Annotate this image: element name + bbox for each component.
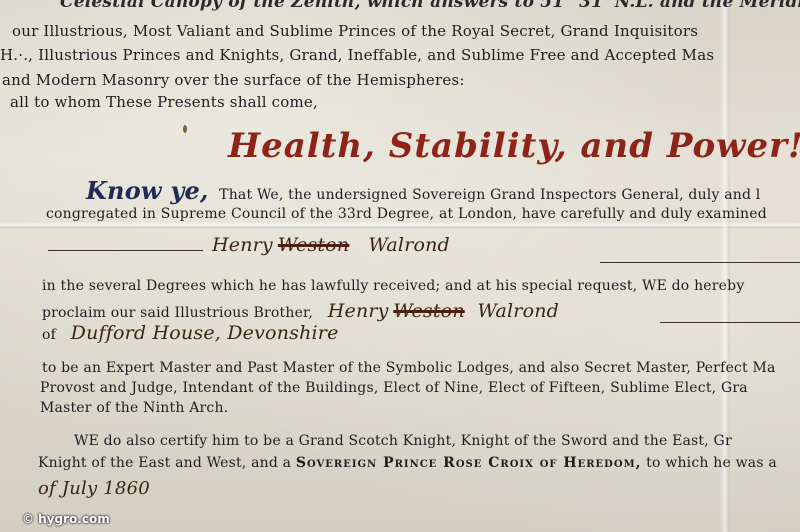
paragraph2-line2: Knight of the East and West, and a Sover… (38, 455, 777, 471)
know-ye-rest: That We, the undersigned Sovereign Grand… (219, 187, 760, 203)
name-last: Walrond (368, 234, 450, 256)
of-label: of (42, 327, 56, 343)
rose-croix-title: Sovereign Prince Rose Croix of Heredom, (296, 455, 642, 471)
name-struck: Weston (278, 234, 350, 256)
fold-crease-vertical (720, 0, 730, 532)
paragraph1-line1: to be an Expert Master and Past Master o… (42, 360, 776, 376)
certificate-document: Celestial Canopy of the Zenith, which an… (0, 0, 800, 532)
know-ye-gothic: Know ye, (86, 176, 209, 205)
proclaim-line: proclaim our said Illustrious Brother, H… (42, 300, 559, 322)
heading-health-stability-power: Health, Stability, and Power! (228, 126, 800, 166)
fold-crease-horizontal (0, 222, 800, 228)
proclaim-name-last: Walrond (477, 300, 559, 322)
paragraph1-line3: Master of the Ninth Arch. (40, 400, 228, 416)
text-line-1: our Illustrious, Most Valiant and Sublim… (12, 22, 698, 40)
text-line-3: and Modern Masonry over the surface of t… (2, 71, 465, 89)
text-line-2: H.·., Illustrious Princes and Knights, G… (0, 46, 714, 64)
paragraph2-line2-end: to which he was a (646, 455, 777, 471)
know-ye-line: Know ye, That We, the undersigned Sovere… (86, 176, 760, 205)
name-rule-right (600, 262, 800, 263)
proclaim-text: proclaim our said Illustrious Brother, (42, 305, 313, 321)
name-rule-left (48, 250, 203, 251)
top-line: Celestial Canopy of the Zenith, which an… (60, 0, 800, 12)
stain-mark (183, 125, 187, 133)
name-line: Henry Weston Walrond (212, 234, 450, 256)
watermark: © hygro.com (22, 512, 110, 526)
degrees-line: in the several Degrees which he has lawf… (42, 278, 744, 294)
date-handwritten: of July 1860 (38, 478, 150, 499)
paragraph2-line2-start: Knight of the East and West, and a (38, 455, 291, 471)
proclaim-name-first: Henry (328, 300, 389, 322)
paragraph2-line1: WE do also certify him to be a Grand Sco… (74, 433, 732, 449)
of-place: Dufford House, Devonshire (71, 322, 339, 344)
proclaim-rule (660, 322, 800, 323)
text-line-4: all to whom These Presents shall come, (10, 93, 318, 111)
congregated-line: congregated in Supreme Council of the 33… (46, 206, 767, 222)
paragraph1-line2: Provost and Judge, Intendant of the Buil… (40, 380, 748, 396)
proclaim-name-struck: Weston (393, 300, 465, 322)
of-line: of Dufford House, Devonshire (42, 322, 339, 344)
name-first: Henry (212, 234, 273, 256)
